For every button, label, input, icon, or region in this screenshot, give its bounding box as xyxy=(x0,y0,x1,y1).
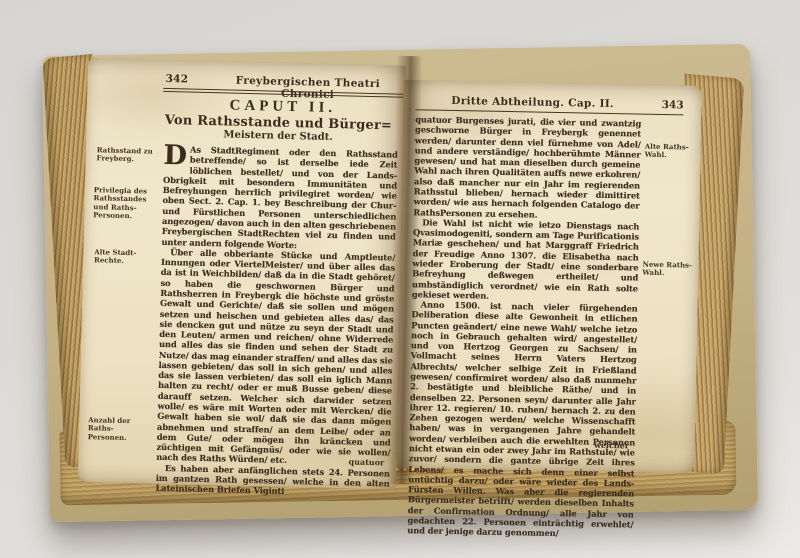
paragraph-text: As StadtRegiment oder den Rathsstand bet… xyxy=(161,145,397,250)
paragraph: Die Wahl ist nicht wie ietzo Dienstags n… xyxy=(412,217,640,304)
left-page: 342 Freybergischen Theatri Chronici CAPU… xyxy=(78,58,406,490)
paragraph: Anno 1500. ist nach vieler fürgehenden D… xyxy=(407,299,637,540)
photo-backdrop: 342 Freybergischen Theatri Chronici CAPU… xyxy=(0,0,800,558)
margin-note: Alte Raths-Wahl. xyxy=(645,143,697,161)
right-body-text: quatuor Burgenses jurati, die vier und z… xyxy=(407,114,641,540)
left-body-text: DAs StadtRegiment oder den Rathsstand be… xyxy=(155,144,397,499)
left-page-number: 342 xyxy=(165,73,188,86)
margin-note: Privilegia des Rathsstandes und Raths-Pe… xyxy=(93,186,156,221)
right-page: Dritte Abtheilung. Cap. II. 343 Alte Rat… xyxy=(397,80,702,474)
paragraph: quatuor Burgenses jurati, die vier und z… xyxy=(413,114,641,221)
margin-note: Rathsstand zu Freyberg. xyxy=(96,146,158,164)
right-running-head: Dritte Abtheilung. Cap. II. 343 xyxy=(417,94,683,111)
paragraph: Über alle obberiante Stücke und Amptleut… xyxy=(156,247,395,469)
margin-note: Alte Stadt-Rechte. xyxy=(94,248,156,266)
right-running-head-title: Dritte Abtheilung. Cap. II. xyxy=(417,94,647,110)
paragraph: DAs StadtRegiment oder den Rathsstand be… xyxy=(161,144,397,252)
margin-note: Anzahl der Raths-Personen. xyxy=(88,416,151,443)
paragraph: Es haben aber anfänglichen stets 24. Per… xyxy=(155,463,390,500)
right-page-number: 343 xyxy=(662,99,684,111)
margin-note: Newe Raths-Wahl. xyxy=(642,261,694,279)
drop-cap: D xyxy=(163,144,190,167)
